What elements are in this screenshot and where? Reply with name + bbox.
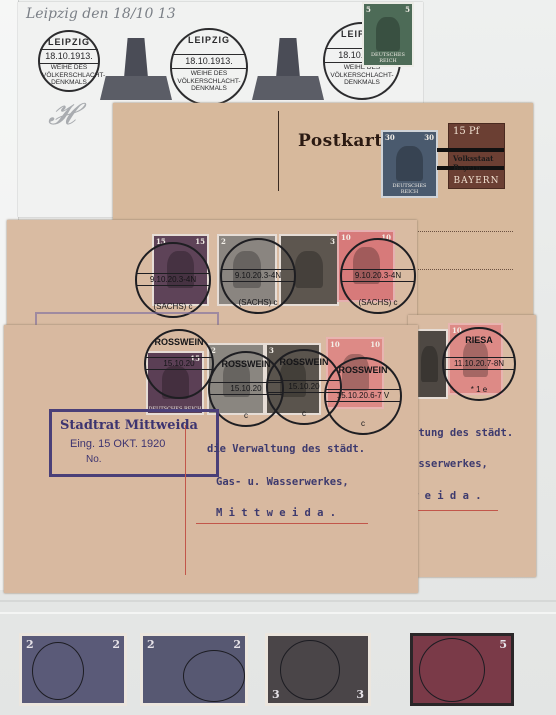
rosswein-postmark: ROSSWEIN15.10.20.6-7 Vc: [324, 357, 402, 435]
handwritten-signature: 𝓗: [48, 97, 75, 132]
stadtrat-received-stamp: Stadtrat Mittweida Eing. 15 OKT. 1920 No…: [49, 409, 219, 477]
red-rule: [410, 510, 498, 511]
address-line-3: M i t t w e i d a .: [216, 507, 336, 519]
monument-illustration: [100, 30, 172, 100]
bottom-stamp-2-mark: 22: [140, 633, 248, 706]
red-rule: [196, 523, 368, 524]
monument-illustration: [252, 30, 324, 100]
postmark: 9.10.20.3-4N(SACHS) c: [340, 238, 416, 314]
postmark: 9.10.20.3-4N(SACHS) c: [220, 238, 296, 314]
album-page: Leipzig den 18/10 13 LEIPZIG 18.10.1913.…: [0, 0, 556, 715]
leipzig-cancel: LEIPZIG 18.10.1913. WEIHE DES VÖLKERSCHL…: [170, 28, 248, 106]
address-line-1: ltung des städt.: [412, 427, 513, 439]
address-line-2: asserwerkes,: [412, 458, 488, 470]
stadtrat-card-front: 15DEUTSCHES REICH 2 3 1010 ROSSWEIN15.10…: [4, 325, 418, 593]
sleeve-divider: [0, 612, 556, 614]
bayern-15pf-stamp: 15 Pf Volksstaat Bayern BAYERN: [448, 123, 505, 189]
card-divider: [278, 111, 279, 191]
red-vertical-rule: [185, 425, 186, 575]
postkarte-title: Postkarte: [298, 131, 394, 151]
stadtrat-card-back: 1515 2 3 1010 9.10.20.3-4N(SACHS) c 9.10…: [7, 220, 417, 330]
riesa-postmark: RIESA 11.10.20.7-8N * 1 e: [442, 327, 516, 401]
leipzig-cancel: LEIPZIG 18.10.1913. WEIHE DES VÖLKERSCHL…: [38, 30, 100, 92]
address-line-3: w e i d a .: [412, 490, 482, 502]
postmark: 9.10.20.3-4N(SACHS) c: [135, 242, 211, 318]
address-line-2: Gas- u. Wasserwerkes,: [216, 476, 349, 488]
stadtrat-card-right: 10 RIESA 11.10.20.7-8N * 1 e ltung des s…: [408, 315, 536, 577]
address-line: [418, 269, 513, 270]
address-line-1: die Verwaltung des städt.: [207, 443, 365, 455]
bottom-stamp-5-mark: 5: [410, 633, 514, 706]
bottom-stamp-2-mark: 22: [19, 633, 127, 706]
rosswein-postmark: ROSSWEIN15.10.20: [144, 329, 214, 399]
address-line: [418, 231, 513, 232]
germania-30-stamp: 3030 DEUTSCHES REICH: [381, 130, 438, 198]
sleeve-divider: [0, 600, 556, 602]
germania-5-stamp: 55 DEUTSCHES REICH: [362, 2, 414, 67]
bottom-stamp-3-mark: 33: [265, 633, 371, 706]
handwritten-header: Leipzig den 18/10 13: [26, 6, 176, 22]
